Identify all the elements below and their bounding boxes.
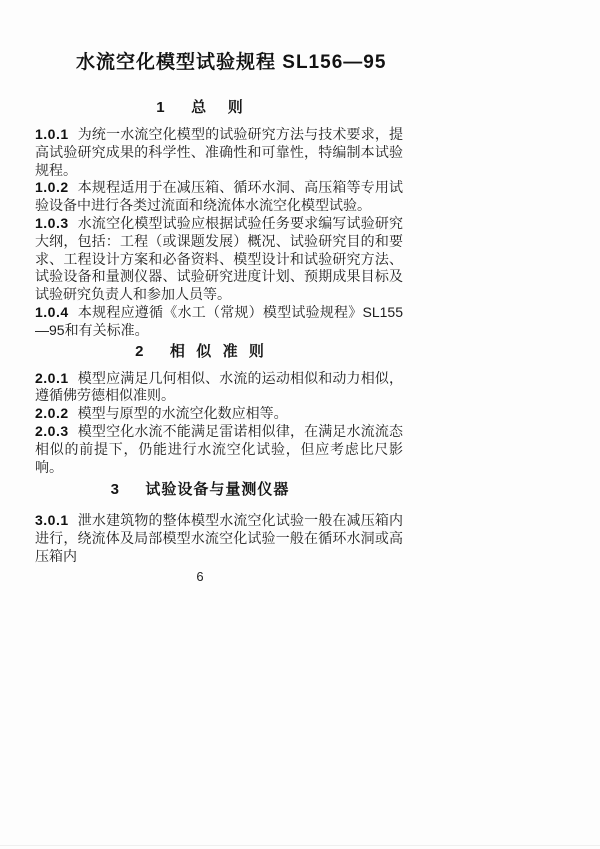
section-1-title: 总 则 [191, 99, 244, 116]
section-3-number: 3 [111, 481, 120, 498]
document-title: 水流空化模型试验规程 SL156—95 [76, 52, 600, 74]
clause-1-0-3-number: 1.0.3 [35, 215, 69, 231]
clause-1-0-2-text: 本规程适用于在减压箱、循环水洞、高压箱等专用试验设备中进行各类过流面和绕流体水流… [35, 179, 403, 213]
section-1-heading-box: 1总 则 [35, 100, 365, 116]
clause-2-0-3-number: 2.0.3 [35, 423, 69, 439]
document-page: 水流空化模型试验规程 SL156—95 1总 则 1.0.1为统一水流空化模型的… [0, 0, 600, 849]
clause-2-0-2-number: 2.0.2 [35, 405, 69, 421]
clause-2-0-2: 2.0.2模型与原型的水流空化数应相等。 [35, 405, 403, 423]
clause-2-0-3: 2.0.3模型空化水流不能满足雷诺相似律，在满足水流流态相似的前提下，仍能进行水… [35, 423, 403, 476]
clause-1-0-1-text: 为统一水流空化模型的试验研究方法与技术要求，提高试验研究成果的科学性、准确性和可… [35, 126, 403, 178]
clause-1-0-1-number: 1.0.1 [35, 126, 69, 142]
scan-artifact-line [0, 845, 600, 846]
section-1-heading: 1总 则 [35, 100, 365, 116]
clause-2-0-3-text: 模型空化水流不能满足雷诺相似律，在满足水流流态相似的前提下，仍能进行水流空化试验… [35, 423, 403, 475]
clause-3-0-1-text: 泄水建筑物的整体模型水流空化试验一般在减压箱内进行，绕流体及局部模型水流空化试验… [35, 512, 403, 564]
clause-2-0-1: 2.0.1模型应满足几何相似、水流的运动相似和动力相似，遵循佛劳德相似准则。 [35, 370, 403, 406]
clause-2-0-1-text: 模型应满足几何相似、水流的运动相似和动力相似，遵循佛劳德相似准则。 [35, 370, 403, 404]
clause-3-0-1: 3.0.1泄水建筑物的整体模型水流空化试验一般在减压箱内进行，绕流体及局部模型水… [35, 512, 403, 565]
page-number: 6 [196, 569, 203, 584]
clause-1-0-4-text: 本规程应遵循《水工（常规）模型试验规程》SL155—95和有关标准。 [35, 304, 403, 338]
clause-1-0-2-number: 1.0.2 [35, 179, 69, 195]
clause-3-0-1-number: 3.0.1 [35, 512, 69, 528]
section-3-heading-box: 3试验设备与量测仪器 [35, 482, 365, 498]
section-3-title: 试验设备与量测仪器 [145, 481, 289, 498]
section-2-title: 相 似 准 则 [170, 343, 265, 360]
section-3-heading: 3试验设备与量测仪器 [35, 482, 365, 498]
clause-1-0-4: 1.0.4本规程应遵循《水工（常规）模型试验规程》SL155—95和有关标准。 [35, 304, 403, 340]
clause-1-0-3: 1.0.3水流空化模型试验应根据试验任务要求编写试验研究大纲，包括：工程（或课题… [35, 215, 403, 304]
clause-2-0-2-text: 模型与原型的水流空化数应相等。 [78, 405, 288, 421]
clause-1-0-1: 1.0.1为统一水流空化模型的试验研究方法与技术要求，提高试验研究成果的科学性、… [35, 126, 403, 179]
section-1-number: 1 [156, 99, 165, 116]
clause-2-0-1-number: 2.0.1 [35, 370, 69, 386]
clause-1-0-3-text: 水流空化模型试验应根据试验任务要求编写试验研究大纲，包括：工程（或课题发展）概况… [35, 215, 403, 302]
clause-1-0-4-number: 1.0.4 [35, 304, 69, 320]
clause-1-0-2: 1.0.2本规程适用于在减压箱、循环水洞、高压箱等专用试验设备中进行各类过流面和… [35, 179, 403, 215]
section-2-heading: 2相 似 准 则 [35, 344, 365, 360]
section-2-number: 2 [135, 343, 144, 360]
page-number-box: 6 [35, 568, 365, 586]
section-2-heading-box: 2相 似 准 则 [35, 344, 365, 360]
